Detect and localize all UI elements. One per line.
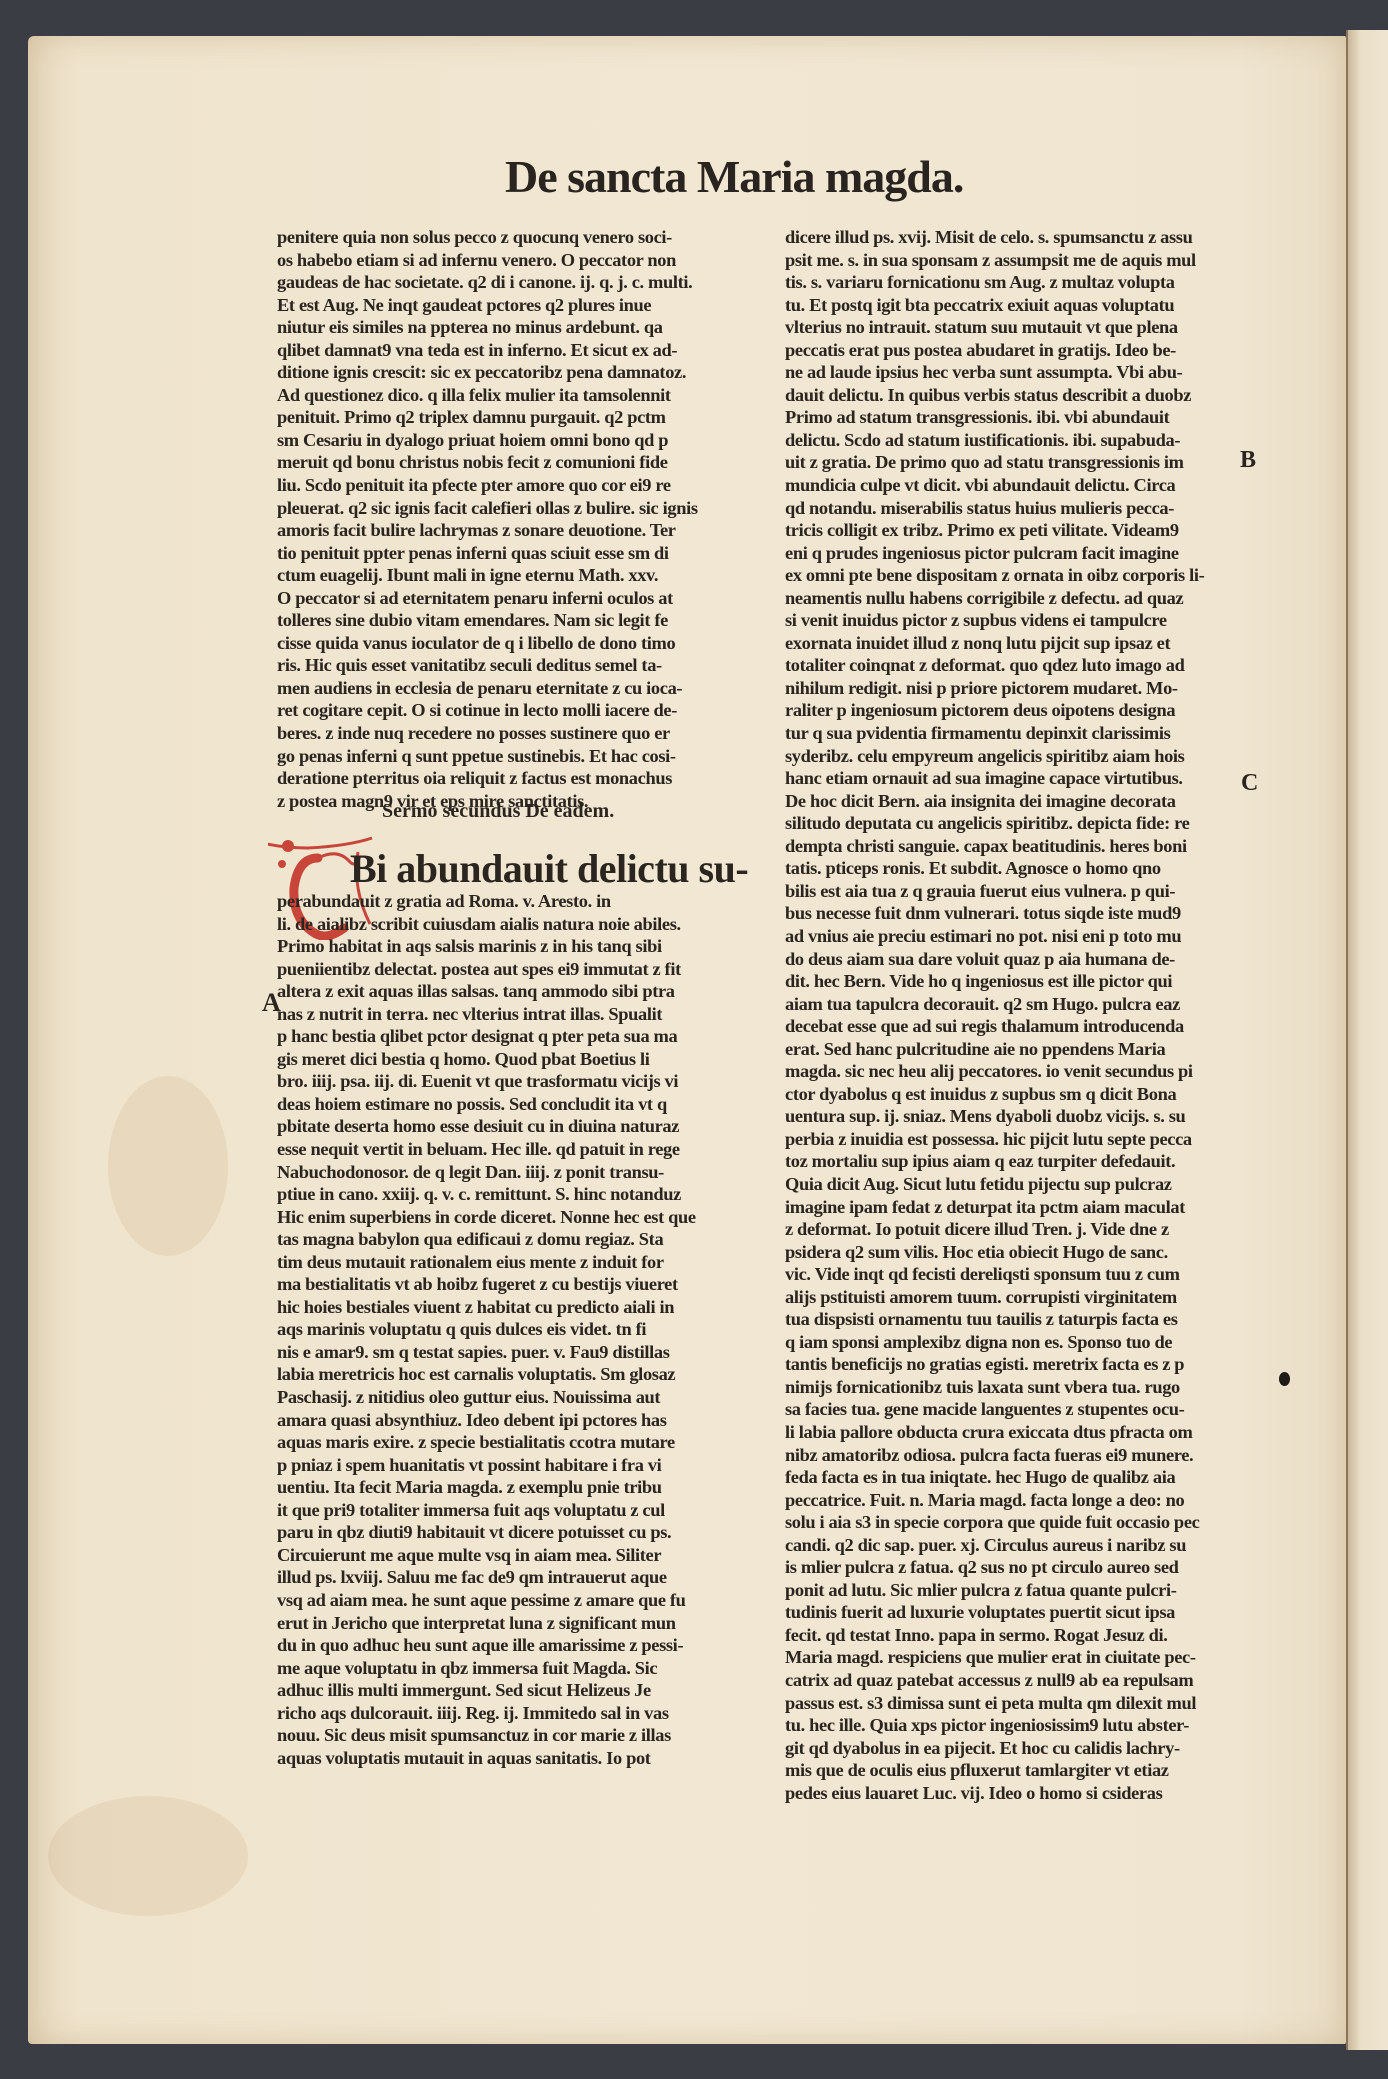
- text-line: men audiens in ecclesia de penaru eterni…: [277, 677, 761, 700]
- text-line: delictu. Scdo ad statum iustificationis.…: [785, 429, 1243, 452]
- margin-mark-c: C: [1241, 770, 1258, 797]
- text-line: ne ad laude ipsius hec verba sunt assump…: [785, 361, 1243, 384]
- text-line: mundicia culpe vt dicit. vbi abundauit d…: [785, 474, 1243, 497]
- adjacent-page-edge: [1346, 30, 1388, 2050]
- text-line: tu. Et postq igit bta peccatrix exiuit a…: [785, 294, 1243, 317]
- left-column-bottom: perabundauit z gratia ad Roma. v. Aresto…: [277, 890, 761, 1769]
- text-line: tudinis fuerit ad luxurie voluptates pue…: [785, 1601, 1243, 1624]
- text-line: vic. Vide inqt qd fecisti dereliqsti spo…: [785, 1263, 1243, 1286]
- text-line: li. de aialibz scribit cuiusdam aialis n…: [277, 913, 761, 936]
- text-line: exornata inuidet illud z nonq lutu pijci…: [785, 632, 1243, 655]
- text-line: Et est Aug. Ne inqt gaudeat pctores q2 p…: [277, 294, 761, 317]
- text-line: totaliter coinqnat z deformat. quo qdez …: [785, 654, 1243, 677]
- margin-mark-b: B: [1240, 447, 1256, 474]
- text-line: ris. Hic quis esset vanitatibz seculi de…: [277, 654, 761, 677]
- text-line: hic hoies bestiales viuent z habitat cu …: [277, 1296, 761, 1319]
- text-line: tolleres sine dubio vitam emendares. Nam…: [277, 609, 761, 632]
- text-line: ad vnius aie preciu estimari no pot. nis…: [785, 925, 1243, 948]
- text-line: tricis colligit ex tribz. Primo ex peti …: [785, 519, 1243, 542]
- paper-stain: [108, 1076, 228, 1256]
- text-line: raliter p ingeniosum pictorem deus oipot…: [785, 699, 1243, 722]
- text-line: Ad questionez dico. q illa felix mulier …: [277, 384, 761, 407]
- text-line: me aque voluptatu in qbz immersa fuit Ma…: [277, 1657, 761, 1680]
- text-line: tis. s. variaru fornicationu sm Aug. z m…: [785, 271, 1243, 294]
- text-line: pleuerat. q2 sic ignis facit calefieri o…: [277, 497, 761, 520]
- text-line: dempta christi sanguie. capax beatitudin…: [785, 835, 1243, 858]
- text-line: Hic enim superbiens in corde diceret. No…: [277, 1206, 761, 1229]
- text-line: Quia dicit Aug. Sicut lutu fetidu piject…: [785, 1173, 1243, 1196]
- text-line: it que pri9 totaliter immersa fuit aqs v…: [277, 1499, 761, 1522]
- text-line: fecit. qd testat Inno. papa in sermo. Ro…: [785, 1624, 1243, 1647]
- text-line: labia meretricis hoc est carnalis volupt…: [277, 1363, 761, 1386]
- text-line: hanc etiam ornauit ad sua imagine capace…: [785, 767, 1243, 790]
- text-line: bus necesse fuit dnm vulnerari. totus si…: [785, 902, 1243, 925]
- text-line: is mlier pulcra z fatua. q2 sus no pt ci…: [785, 1556, 1243, 1579]
- text-line: beres. z inde nuq recedere no posses sus…: [277, 722, 761, 745]
- text-line: do deus aiam sua dare voluit quaz p aia …: [785, 948, 1243, 971]
- text-line: ex omni pte bene dispositam z ornata in …: [785, 564, 1243, 587]
- text-line: ditione ignis crescit: sic ex peccatorib…: [277, 361, 761, 384]
- text-line: tantis beneficijs no gratias egisti. mer…: [785, 1353, 1243, 1376]
- text-line: uit z gratia. De primo quo ad statu tran…: [785, 451, 1243, 474]
- sermon-heading: Sermo secundus De eadem.: [382, 800, 614, 823]
- text-line: alijs pstituisti amorem tuum. corrupisti…: [785, 1286, 1243, 1309]
- text-line: O peccator si ad eternitatem penaru infe…: [277, 587, 761, 610]
- text-line: vsq ad aiam mea. he sunt aque pessime z …: [277, 1589, 761, 1612]
- text-line: tur q sua pvidentia firmamentu depinxit …: [785, 722, 1243, 745]
- right-column: dicere illud ps. xvij. Misit de celo. s.…: [785, 226, 1243, 1804]
- text-line: amoris facit bulire lachrymas z sonare d…: [277, 519, 761, 542]
- text-line: qd notandu. miserabilis status huius mul…: [785, 497, 1243, 520]
- text-line: cisse quida vanus ioculator de q i libel…: [277, 632, 761, 655]
- text-line: Nabuchodonosor. de q legit Dan. iiij. z …: [277, 1161, 761, 1184]
- text-line: psidera q2 sum vilis. Hoc etia obiecit H…: [785, 1241, 1243, 1264]
- text-line: illud ps. lxviij. Saluu me fac de9 qm in…: [277, 1566, 761, 1589]
- text-line: esse nequit vertit in beluam. Hec ille. …: [277, 1138, 761, 1161]
- text-line: nis e amar9. sm q testat sapies. puer. v…: [277, 1341, 761, 1364]
- ink-blot: [1279, 1372, 1290, 1386]
- text-line: p hanc bestia qlibet pctor designat q pt…: [277, 1025, 761, 1048]
- text-line: nibz amatoribz odiosa. pulcra facta fuer…: [785, 1444, 1243, 1467]
- text-line: candi. q2 dic sap. puer. xj. Circulus au…: [785, 1534, 1243, 1557]
- text-line: decebat esse que ad sui regis thalamum i…: [785, 1015, 1243, 1038]
- text-line: p pniaz i spem huanitatis vt possint hab…: [277, 1454, 761, 1477]
- text-line: altera z exit aquas illas salsas. tanq a…: [277, 980, 761, 1003]
- text-line: richo aqs dulcorauit. iiij. Reg. ij. Imm…: [277, 1702, 761, 1725]
- text-line: ponit ad lutu. Sic mlier pulcra z fatua …: [785, 1579, 1243, 1602]
- text-line: Circuierunt me aque multe vsq in aiam me…: [277, 1544, 761, 1567]
- text-line: erat. Sed hanc pulcritudine aie no ppend…: [785, 1038, 1243, 1061]
- text-line: aquas voluptatis mutauit in aquas sanita…: [277, 1747, 761, 1770]
- text-line: ptiue in cano. xxiij. q. v. c. remittunt…: [277, 1183, 761, 1206]
- text-line: Primo habitat in aqs salsis marinis z in…: [277, 935, 761, 958]
- text-line: dauit delictu. In quibus verbis status d…: [785, 384, 1243, 407]
- text-line: perbia z inuidia est possessa. hic pijci…: [785, 1128, 1243, 1151]
- text-line: tatis. pticeps ronis. Et subdit. Agnosce…: [785, 857, 1243, 880]
- text-line: gis meret dici bestia q homo. Quod pbat …: [277, 1048, 761, 1071]
- text-line: Maria magd. respiciens que mulier erat i…: [785, 1646, 1243, 1669]
- incipit-line: Bi abundauit delictu su-: [350, 845, 748, 892]
- text-line: De hoc dicit Bern. aia insignita dei ima…: [785, 790, 1243, 813]
- text-line: si venit inuidus pictor z supbus videns …: [785, 609, 1243, 632]
- text-line: neamentis nullu habens corrigibile z def…: [785, 587, 1243, 610]
- text-line: mis que de oculis eius pfluxerut tamlarg…: [785, 1759, 1243, 1782]
- text-line: perabundauit z gratia ad Roma. v. Aresto…: [277, 890, 761, 913]
- text-line: aqs marinis voluptatu q quis dulces eis …: [277, 1318, 761, 1341]
- text-line: q iam sponsi amplexibz digna non es. Spo…: [785, 1331, 1243, 1354]
- text-line: gaudeas de hac societate. q2 di i canone…: [277, 271, 761, 294]
- text-line: aiam tua tapulcra decorauit. q2 sm Hugo.…: [785, 993, 1243, 1016]
- text-line: psit me. s. in sua sponsam z assumpsit m…: [785, 249, 1243, 272]
- text-line: Paschasij. z nitidius oleo guttur eius. …: [277, 1386, 761, 1409]
- text-line: aquas maris exire. z specie bestialitati…: [277, 1431, 761, 1454]
- text-line: ma bestialitatis vt ab hoibz fugeret z c…: [277, 1273, 761, 1296]
- text-line: liu. Scdo penituit ita pfecte pter amore…: [277, 474, 761, 497]
- text-line: bro. iiij. psa. iij. di. Euenit vt que t…: [277, 1070, 761, 1093]
- text-line: du in quo adhuc heu sunt aque ille amari…: [277, 1634, 761, 1657]
- text-line: Primo ad statum transgressionis. ibi. vb…: [785, 406, 1243, 429]
- text-line: dicere illud ps. xvij. Misit de celo. s.…: [785, 226, 1243, 249]
- text-line: ret cogitare cepit. O si cotinue in lect…: [277, 699, 761, 722]
- text-line: vlterius no intrauit. statum suu mutauit…: [785, 316, 1243, 339]
- text-line: solu i aia s3 in specie corpora que quid…: [785, 1511, 1243, 1534]
- text-line: go penas inferni q sunt ppetue sustinebi…: [277, 745, 761, 768]
- text-line: peccatis erat pus postea abudaret in gra…: [785, 339, 1243, 362]
- text-line: penituit. Primo q2 triplex damnu purgaui…: [277, 406, 761, 429]
- text-line: ctor dyabolus q est inuidus z supbus sm …: [785, 1083, 1243, 1106]
- text-line: pbitate deserta homo esse desiuit cu in …: [277, 1115, 761, 1138]
- text-line: paru in qbz diuti9 habitauit vt dicere p…: [277, 1521, 761, 1544]
- text-line: ctum euagelij. Ibunt mali in igne eternu…: [277, 564, 761, 587]
- text-line: pueniientibz delectat. postea aut spes e…: [277, 958, 761, 981]
- text-line: sa facies tua. gene macide languentes z …: [785, 1398, 1243, 1421]
- text-line: qlibet damnat9 vna teda est in inferno. …: [277, 339, 761, 362]
- text-line: bilis est aia tua z q grauia fuerut eius…: [785, 880, 1243, 903]
- text-line: uentiu. Ita fecit Maria magda. z exemplu…: [277, 1476, 761, 1499]
- text-line: toz mortaliu sup ipius aiam q eaz turpit…: [785, 1150, 1243, 1173]
- text-line: tu. hec ille. Quia xps pictor ingeniosis…: [785, 1714, 1243, 1737]
- text-line: penitere quia non solus pecco z quocunq …: [277, 226, 761, 249]
- text-line: uentura sup. ij. sniaz. Mens dyaboli duo…: [785, 1105, 1243, 1128]
- text-line: niutur eis similes na ppterea no minus a…: [277, 316, 761, 339]
- text-line: silitudo deputata cu angelicis spiritibz…: [785, 812, 1243, 835]
- text-line: git qd dyabolus in ea pijecit. Et hoc cu…: [785, 1737, 1243, 1760]
- paper-stain: [48, 1796, 248, 1916]
- text-line: meruit qd bonu christus nobis fecit z co…: [277, 451, 761, 474]
- text-line: li labia pallore obducta crura exiccata …: [785, 1421, 1243, 1444]
- text-line: passus est. s3 dimissa sunt ei peta mult…: [785, 1692, 1243, 1715]
- text-line: eni q prudes ingeniosus pictor pulcram f…: [785, 542, 1243, 565]
- text-line: magda. sic nec heu alij peccatores. io v…: [785, 1060, 1243, 1083]
- text-line: tim deus mutauit rationalem eius mente z…: [277, 1251, 761, 1274]
- text-line: erut in Jericho que interpretat luna z s…: [277, 1612, 761, 1635]
- text-line: os habebo etiam si ad infernu venero. O …: [277, 249, 761, 272]
- text-line: nihilum redigit. nisi p priore pictorem …: [785, 677, 1243, 700]
- text-line: tas magna babylon qua edificaui z domu r…: [277, 1228, 761, 1251]
- text-line: nas z nutrit in terra. nec vlterius intr…: [277, 1003, 761, 1026]
- text-line: peccatrice. Fuit. n. Maria magd. facta l…: [785, 1489, 1243, 1512]
- text-line: sm Cesariu in dyalogo priuat hoiem omni …: [277, 429, 761, 452]
- text-line: nimijs fornicationibz tuis laxata sunt v…: [785, 1376, 1243, 1399]
- text-line: dit. hec Bern. Vide ho q ingeniosus est …: [785, 970, 1243, 993]
- text-line: tio penituit ppter penas inferni quas sc…: [277, 542, 761, 565]
- text-line: tua dispsisti ornamentu tuu tauilis z ta…: [785, 1308, 1243, 1331]
- margin-mark-a: A: [262, 988, 281, 1018]
- text-line: catrix ad quaz patebat accessus z null9 …: [785, 1669, 1243, 1692]
- text-line: pedes eius lauaret Luc. vij. Ideo o homo…: [785, 1782, 1243, 1805]
- left-column-top: penitere quia non solus pecco z quocunq …: [277, 226, 761, 812]
- text-line: imagine ipam fedat z deturpat ita pctm a…: [785, 1196, 1243, 1219]
- text-line: amara quasi absynthiuz. Ideo debent ipi …: [277, 1409, 761, 1432]
- text-line: z deformat. Io potuit dicere illud Tren.…: [785, 1218, 1243, 1241]
- text-line: deas hoiem estimare no possis. Sed concl…: [277, 1093, 761, 1116]
- text-line: adhuc illis multi immergunt. Sed sicut H…: [277, 1679, 761, 1702]
- running-head: De sancta Maria magda.: [505, 150, 963, 203]
- text-line: feda facta es in tua iniqtate. hec Hugo …: [785, 1466, 1243, 1489]
- text-line: syderibz. celu empyreum angelicis spirit…: [785, 745, 1243, 768]
- text-line: nouu. Sic deus misit spumsanctuz in cor …: [277, 1724, 761, 1747]
- text-line: deratione pterritus oia reliquit z factu…: [277, 767, 761, 790]
